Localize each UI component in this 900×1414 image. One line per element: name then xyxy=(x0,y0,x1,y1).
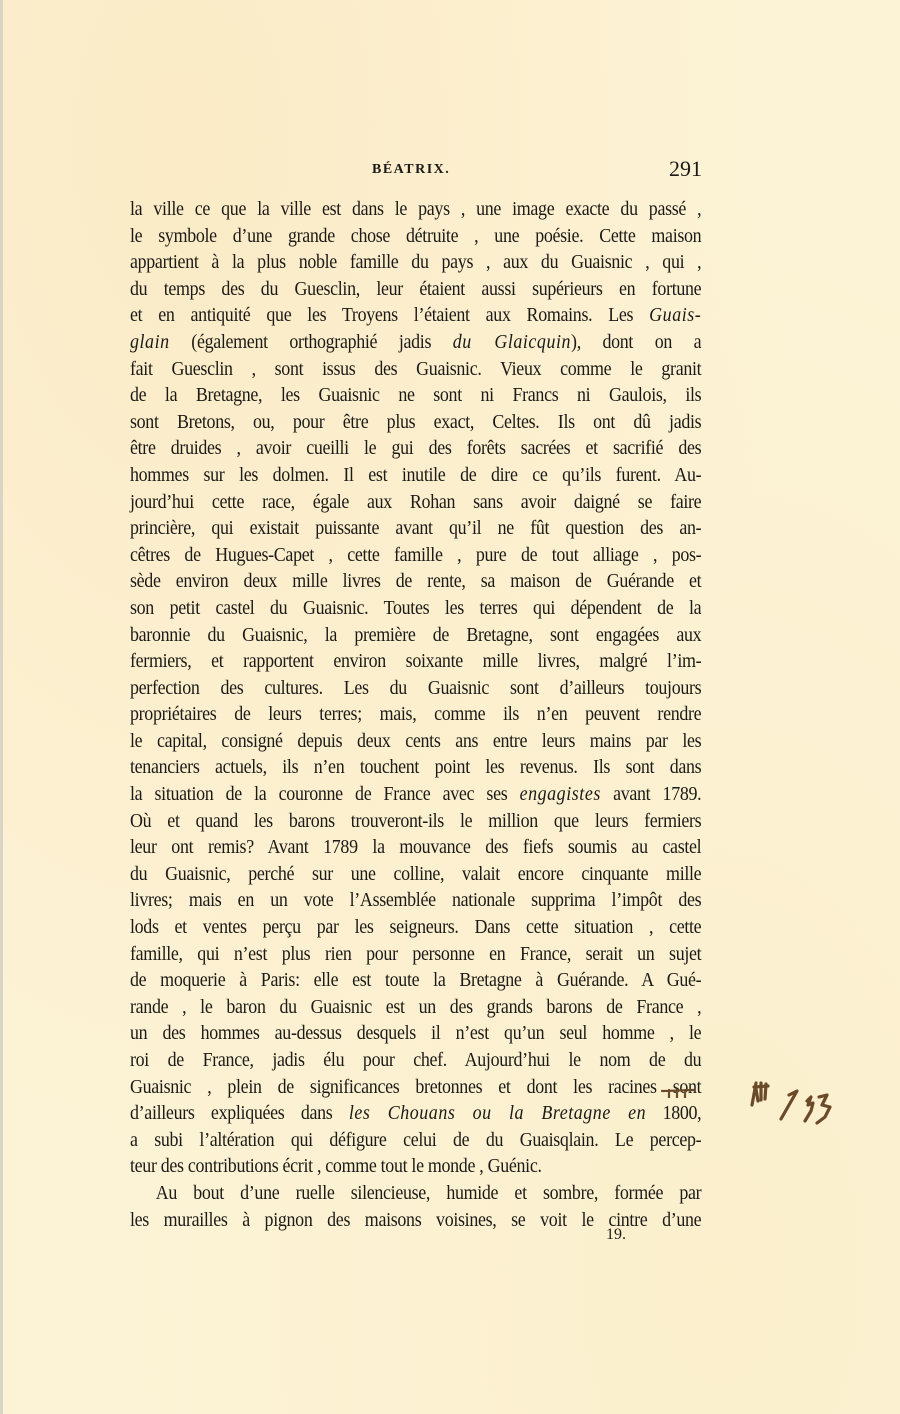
text-line: famille, qui n’est plus rien pour person… xyxy=(130,942,701,969)
text-line: perfection des cultures. Les du Guaisnic… xyxy=(130,676,701,703)
italic-run: du Glaicquin xyxy=(453,332,571,353)
text-line: leur ont remis? Avant 1789 la mouvance d… xyxy=(130,835,701,862)
text-line: Où et quand les barons trouveront-ils le… xyxy=(130,809,701,836)
italic-run: glain xyxy=(130,332,170,353)
text-line: un des hommes au-dessus desquels il n’es… xyxy=(130,1021,701,1048)
running-head: BÉATRIX. 291 xyxy=(130,160,702,184)
text-line: princière, qui existait puissante avant … xyxy=(130,516,701,543)
text-line: baronnie du Guaisnic, la première de Bre… xyxy=(130,623,701,650)
text-line: la ville ce que la ville est dans le pay… xyxy=(130,197,701,224)
text-line: hommes sur les dolmen. Il est inutile de… xyxy=(130,463,701,490)
text-line: sont Bretons, ou, pour être plus exact, … xyxy=(130,410,701,437)
text-line: de la Bretagne, les Guaisnic ne sont ni … xyxy=(130,383,701,410)
text-line: tenanciers actuels, ils n’en touchent po… xyxy=(130,755,701,782)
text-line: a subi l’altération qui défigure celui d… xyxy=(130,1128,701,1155)
text-line: être druides , avoir cueilli le gui des … xyxy=(130,436,701,463)
text-run: 1800, xyxy=(663,1103,702,1124)
italic-run: Guais- xyxy=(649,305,701,326)
text-line: d’ailleurs expliquées dans les Chouans o… xyxy=(130,1101,701,1128)
text-line: teur des contributions écrit , comme tou… xyxy=(130,1154,701,1181)
signature-mark: 19. xyxy=(606,1226,626,1244)
text-line: son petit castel du Guaisnic. Toutes les… xyxy=(130,596,701,623)
text-line: fait Guesclin , sont issus des Guaisnic.… xyxy=(130,357,701,384)
text-line: du temps des du Guesclin, leur étaient a… xyxy=(130,277,701,304)
scanned-page: BÉATRIX. 291 la ville ce que la ville es… xyxy=(0,0,900,1414)
handwritten-annotation xyxy=(745,1075,845,1135)
text-run: (également orthographié jadis xyxy=(191,332,431,353)
text-line: glain (également orthographié jadis du G… xyxy=(130,330,701,357)
text-line: appartient à la plus noble famille du pa… xyxy=(130,250,701,277)
text-run: ), dont on a xyxy=(571,332,701,353)
text-line: rande , le baron du Guaisnic est un des … xyxy=(130,995,701,1022)
text-line: le capital, consigné depuis deux cents a… xyxy=(130,729,701,756)
text-line: et en antiquité que les Troyens l’étaien… xyxy=(130,303,701,330)
italic-run: les Chouans ou la Bretagne en xyxy=(349,1103,646,1124)
text-line: roi de France, jadis élu pour chef. Aujo… xyxy=(130,1048,701,1075)
library-stamp-mark xyxy=(661,1088,695,1098)
text-line: Guaisnic , plein de significances breton… xyxy=(130,1075,701,1102)
running-title: BÉATRIX. xyxy=(372,162,450,178)
text-line: propriétaires de leurs terres; mais, com… xyxy=(130,702,701,729)
text-line: lods et ventes perçu par les seigneurs. … xyxy=(130,915,701,942)
text-line: jourd’hui cette race, égale aux Rohan sa… xyxy=(130,490,701,517)
text-run: avant 1789. xyxy=(613,784,701,805)
text-line: livres; mais en un vote l’Assemblée nati… xyxy=(130,888,701,915)
text-run: et en antiquité que les Troyens l’étaien… xyxy=(130,305,633,326)
text-line: la situation de la couronne de France av… xyxy=(130,782,701,809)
text-run: la situation de la couronne de France av… xyxy=(130,784,507,805)
text-line: cêtres de Hugues-Capet , cette famille ,… xyxy=(130,543,701,570)
page-edge xyxy=(0,0,3,1414)
text-run: d’ailleurs expliquées dans xyxy=(130,1103,332,1124)
text-line: le symbole d’une grande chose détruite ,… xyxy=(130,224,701,251)
body-text: la ville ce que la ville est dans le pay… xyxy=(130,197,702,1234)
text-line: fermiers, et rapportent environ soixante… xyxy=(130,649,701,676)
text-line: sède environ deux mille livres de rente,… xyxy=(130,569,701,596)
italic-run: engagistes xyxy=(520,784,601,805)
text-line: de moquerie à Paris: elle est toute la B… xyxy=(130,968,701,995)
text-line: du Guaisnic, perché sur une colline, val… xyxy=(130,862,701,889)
page-number: 291 xyxy=(669,156,702,182)
text-line: Au bout d’une ruelle silencieuse, humide… xyxy=(130,1181,701,1208)
